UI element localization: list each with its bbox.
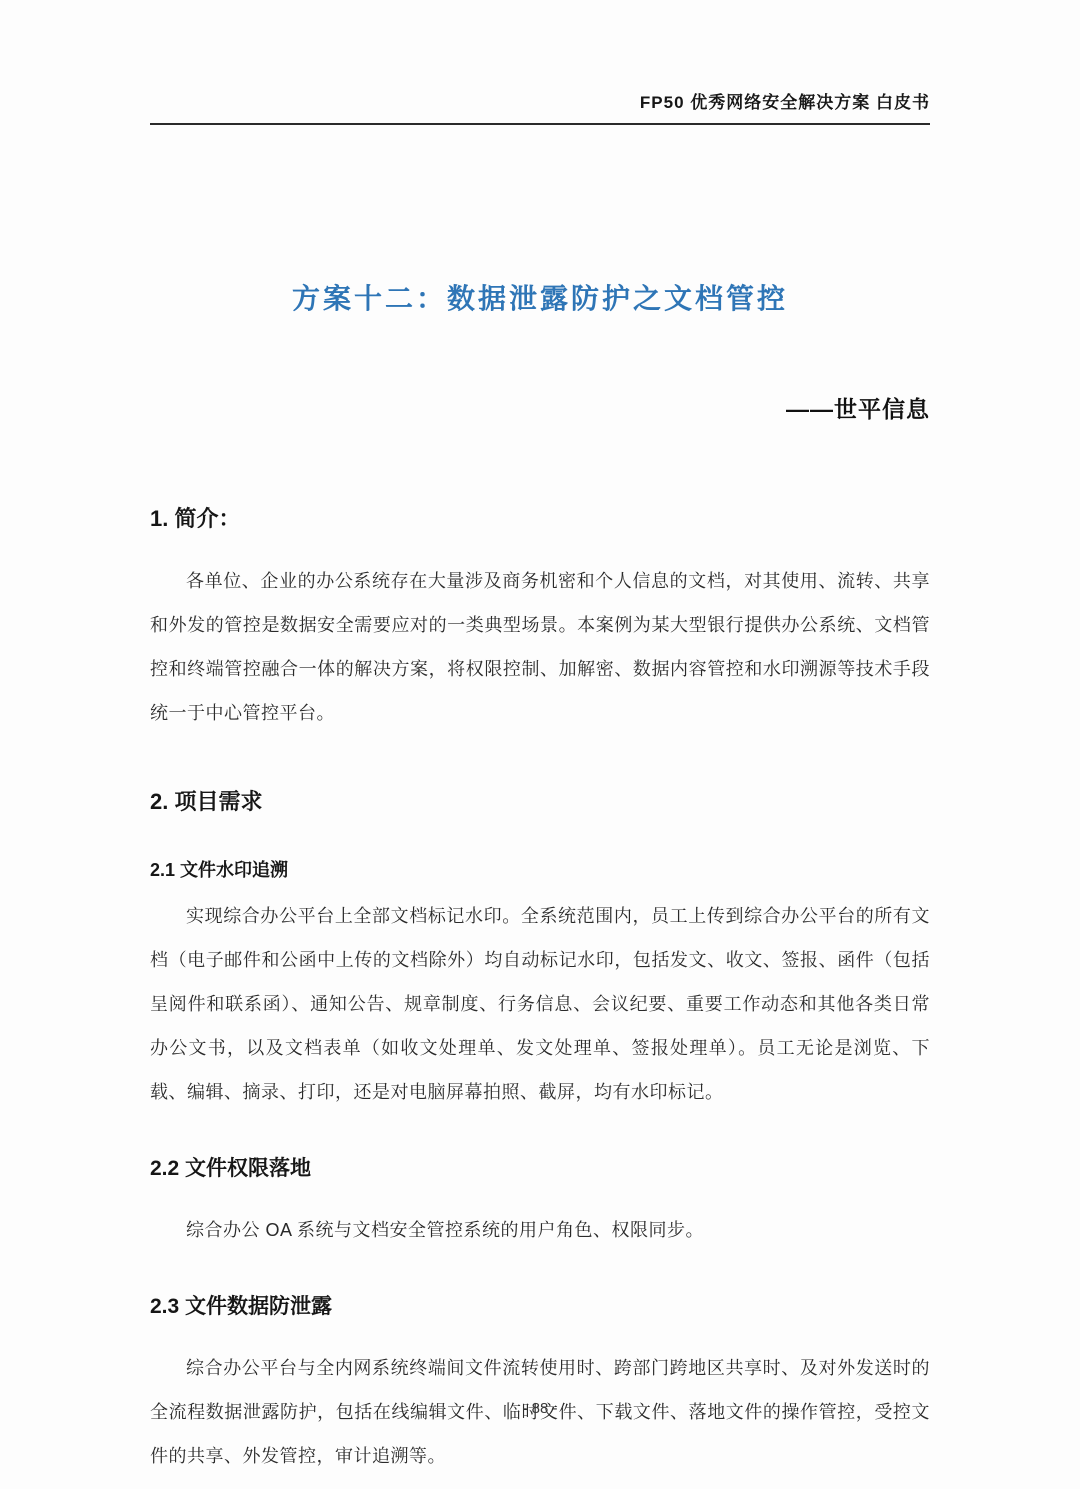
document-title: 方案十二：数据泄露防护之文档管控	[150, 277, 930, 317]
section-heading-intro: 1. 简介：	[150, 502, 930, 533]
vendor-byline: ——世平信息	[150, 391, 930, 424]
subsection-heading-permission: 2.2 文件权限落地	[150, 1152, 930, 1182]
document-page: FP50 优秀网络安全解决方案 白皮书 方案十二：数据泄露防护之文档管控 ——世…	[0, 0, 1080, 1489]
page-number: - 88 -	[0, 1400, 1080, 1417]
watermark-paragraph: 实现综合办公平台上全部文档标记水印。全系统范围内，员工上传到综合办公平台的所有文…	[150, 894, 930, 1114]
subsection-heading-dlp: 2.3 文件数据防泄露	[150, 1290, 930, 1320]
header-divider	[150, 123, 930, 125]
running-header: FP50 优秀网络安全解决方案 白皮书	[150, 0, 930, 113]
section-heading-requirements: 2. 项目需求	[150, 785, 930, 816]
intro-paragraph: 各单位、企业的办公系统存在大量涉及商务机密和个人信息的文档，对其使用、流转、共享…	[150, 559, 930, 735]
permission-paragraph: 综合办公 OA 系统与文档安全管控系统的用户角色、权限同步。	[150, 1208, 930, 1252]
subsection-heading-watermark: 2.1 文件水印追溯	[150, 856, 930, 882]
